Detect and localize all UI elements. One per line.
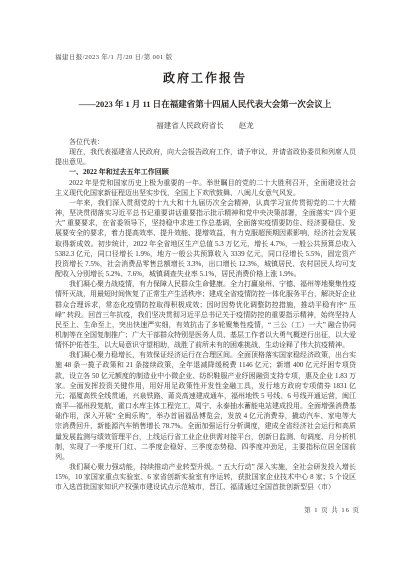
- report-title: 政府工作报告: [0, 69, 410, 86]
- paragraph: 我们凝心聚力强动能，持续推动产业转型升级。“ 五大行动” 深入实施，全社会研发投…: [55, 462, 356, 492]
- report-author: 福建省人民政府省长 赵龙: [0, 120, 410, 131]
- section-heading: 一、2022 年和过去五年工作回顾: [55, 167, 356, 177]
- paragraph: 我们凝心聚力稳增长，有效保证经济运行在合理区间。全面顶格落实国家稳经济政策，出台…: [55, 350, 356, 462]
- page-number: 第 1 页 共 16 页: [304, 505, 360, 514]
- paragraph: 一年来，我们深入贯彻党的十九大和十九届历次全会精神，认真学习宣传贯彻党的二十大精…: [55, 198, 356, 279]
- paragraph: 现在，我代表福建省人民政府，向大会报告政府工作，请予审议，并请省政协委员和列席人…: [55, 147, 356, 167]
- report-subtitle: ——2023 年 1 月 11 日在福建省第十四届人民代表大会第一次会议上: [0, 98, 410, 110]
- paragraph: 我们凝心聚力战疫情，有力保障人民群众生命健康。全力打赢泉州、宁德、福州等地聚集性…: [55, 279, 356, 350]
- publication-info: 福建日报/2023 年/1 月/20 日/第 001 版: [55, 52, 173, 61]
- document-page: 福建日报/2023 年/1 月/20 日/第 001 版 政府工作报告 ——20…: [0, 0, 410, 580]
- paragraph: 2022 年是党和国家历史上极为重要的一年。举世瞩目的党的二十大胜利召开，全面建…: [55, 178, 356, 198]
- salutation: 各位代表：: [55, 137, 356, 147]
- report-body: 各位代表： 现在，我代表福建省人民政府，向大会报告政府工作，请予审议，并请省政协…: [55, 137, 356, 492]
